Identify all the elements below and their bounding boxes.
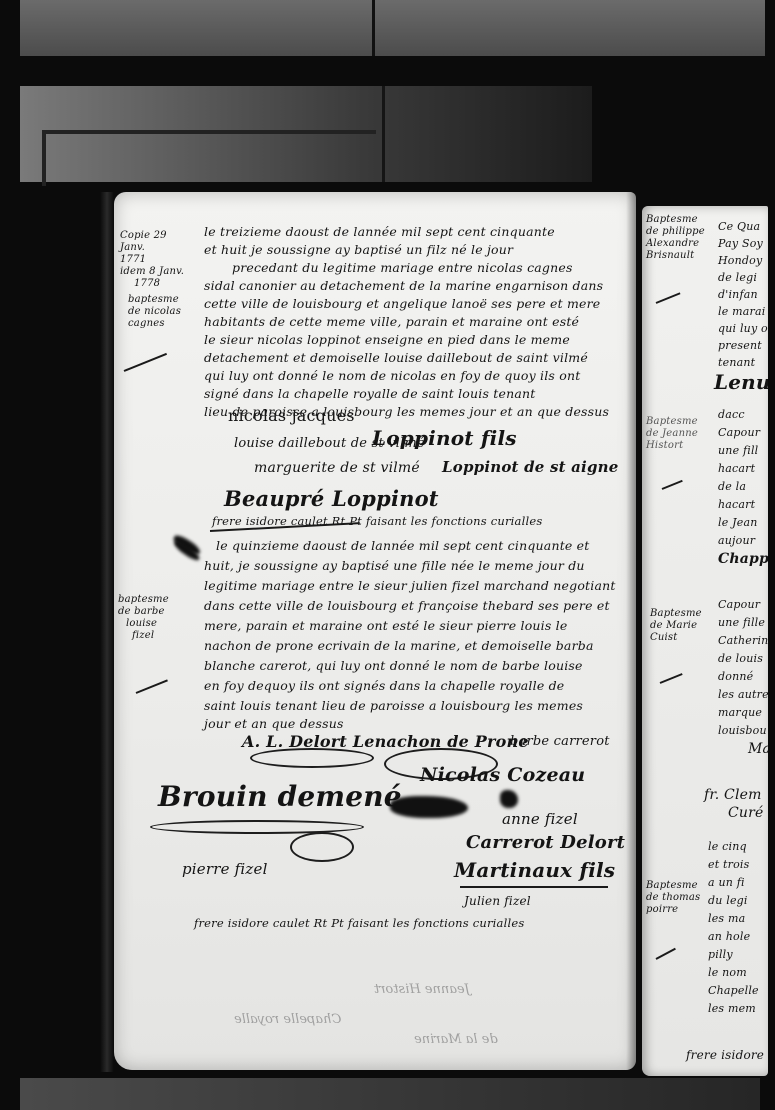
signature: pierre fizel (182, 860, 268, 878)
margin-note-baptism-nicolas: baptesme de nicolas cagnes (128, 294, 192, 330)
signature-flourish (250, 748, 374, 768)
right-page-cure-signature: fr. Clem Curé (704, 786, 764, 822)
right-page-priest-signature: frere isidore (686, 1048, 764, 1062)
ink-smudge (500, 790, 518, 808)
margin-dash (656, 292, 681, 304)
background-sheet-top (20, 0, 765, 56)
signature: Carrerot Delort (466, 832, 625, 853)
text-line: cette ville de louisbourg et angelique l… (204, 296, 600, 311)
text-line: dans cette ville de louisbourg et franço… (204, 598, 610, 613)
signature: nicolas jacques (228, 406, 355, 425)
signature-priest: frere isidore caulet Rt Pt faisant les f… (212, 514, 542, 528)
text-line: le treizieme daoust de lannée mil sept c… (204, 224, 555, 239)
bleed-through-text: Chapelle royalle (234, 1012, 341, 1027)
book-spine (100, 192, 114, 1072)
signature: louise daillebout de st vilmé (234, 436, 425, 451)
signature-underline (460, 886, 608, 888)
signature: Loppinot de st aigne (442, 458, 619, 476)
margin-note-baptism-marie: Baptesme de Marie Cuist (650, 608, 710, 644)
register-page-right-partial: Baptesme de philippe Alexandre Brisnault… (642, 206, 768, 1076)
signature: marguerite de st vilmé (254, 460, 420, 476)
margin-dash (660, 673, 683, 684)
text-line: huit, je soussigne ay baptisé une fille … (204, 558, 585, 573)
signature: barbe carrerot (510, 734, 610, 749)
text-line: le sieur nicolas loppinot enseigne en pi… (204, 332, 570, 347)
margin-note-baptism-philippe: Baptesme de philippe Alexandre Brisnault (646, 214, 706, 262)
text-line: legitime mariage entre le sieur julien f… (204, 578, 616, 593)
text-line: saint louis tenant lieu de paroisse a lo… (204, 698, 583, 713)
ink-smudge (390, 796, 468, 818)
text-line: sidal canonier au detachement de la mari… (204, 278, 603, 293)
text-line: signé dans la chapelle royalle de saint … (204, 386, 535, 401)
text-line: en foy dequoy ils ont signés dans la cha… (204, 678, 564, 693)
signature: Julien fizel (464, 894, 531, 908)
text-line: detachement et demoiselle louise dailleb… (204, 350, 588, 365)
background-sheet-bottom (20, 1078, 760, 1110)
text-line: qui luy ont donné le nom de nicolas en f… (204, 368, 580, 383)
text-line: et huit je soussigne ay baptisé un filz … (204, 242, 513, 257)
background-sheet-second (20, 86, 592, 182)
margin-note-baptism-jeanne: Baptesme de Jeanne Histort (646, 416, 706, 452)
text-line: le quinzieme daoust de lannée mil sept c… (216, 538, 590, 553)
text-line: nachon de prone ecrivain de la marine, e… (204, 638, 594, 653)
text-line: habitants de cette meme ville, parain et… (204, 314, 579, 329)
text-line: precedant du legitime mariage entre nico… (232, 260, 573, 275)
right-page-text-block-3: Capour une fille Catherin de louis donné… (718, 596, 768, 758)
margin-note-baptism-barbe: baptesme de barbe louise fizel (118, 594, 182, 642)
page-edge-right (768, 200, 775, 1080)
margin-dash (136, 679, 168, 694)
right-page-text-block-1: Ce Qua Pay Soy Hondoy de legi d'infan le… (718, 218, 768, 371)
signature-priest: frere isidore caulet Rt Pt faisant les f… (194, 916, 524, 930)
text-line: blanche carerot, qui luy ont donné le no… (204, 658, 583, 673)
right-page-text-block-4: le cinq et trois a un fi du legi les ma … (708, 838, 759, 1018)
signature: Beaupré Loppinot (224, 486, 439, 511)
signature: anne fizel (502, 810, 578, 828)
signature: Nicolas Cozeau (420, 764, 585, 786)
signature: Brouin demené (158, 780, 402, 813)
bleed-through-text: Jeanne Histort (374, 982, 470, 997)
text-line: mere, parain et maraine ont esté le sieu… (204, 618, 567, 633)
margin-dash (656, 948, 676, 960)
margin-note-baptism-thomas: Baptesme de thomas poirre (646, 880, 706, 916)
margin-note-copy-dates: Copie 29 Janv. 1771 idem 8 Janv. 1778 (120, 230, 190, 290)
register-page-left: Copie 29 Janv. 1771 idem 8 Janv. 1778 ba… (114, 192, 636, 1070)
bleed-through-text: de la Marine (414, 1032, 498, 1047)
text-line: jour et an que dessus (204, 716, 344, 731)
signature: Martinaux fils (454, 858, 615, 882)
margin-dash (124, 353, 167, 372)
right-page-signature: Lenuy (714, 370, 768, 394)
margin-dash (662, 480, 683, 490)
signature-flourish (290, 832, 354, 862)
right-page-text-block-2: dacc Capour une fill hacart de la hacart… (718, 406, 768, 568)
